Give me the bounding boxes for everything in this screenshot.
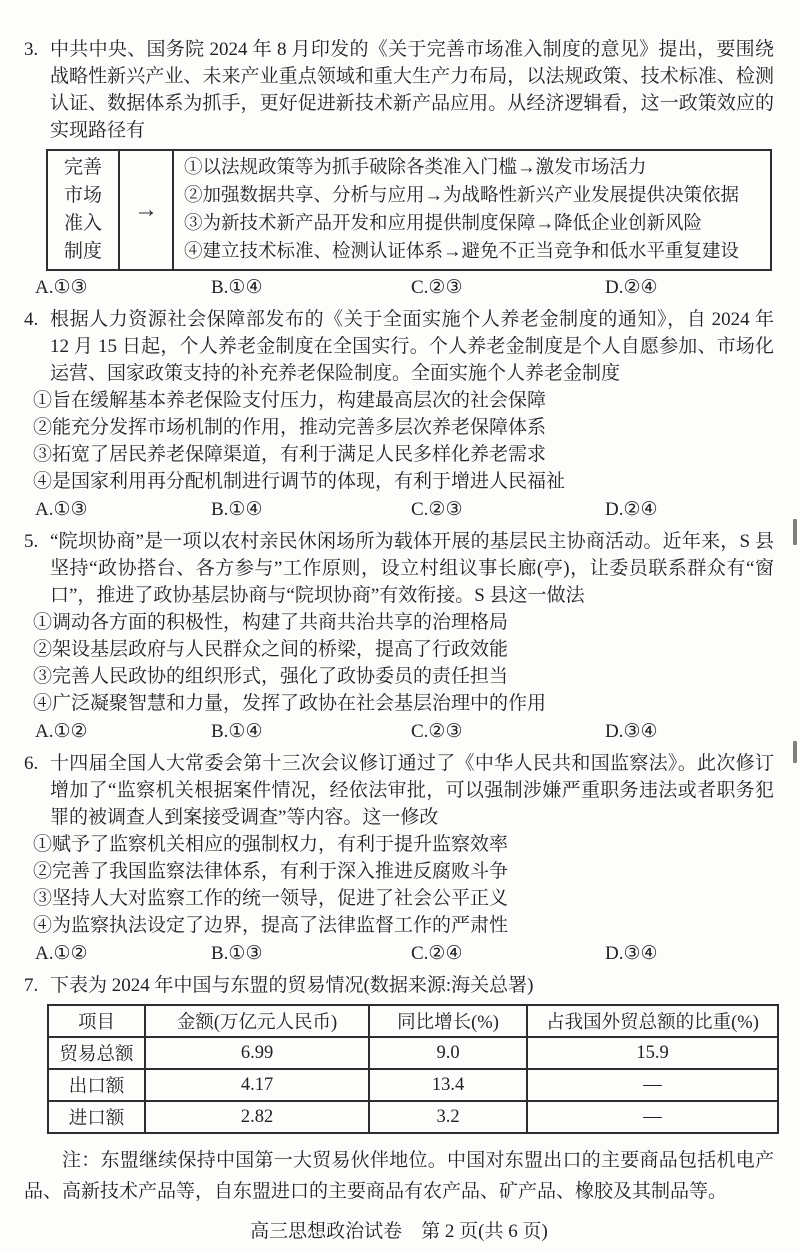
option-a: A.①③ [35, 274, 211, 301]
statement-1: ①调动各方面的积极性，构建了共商共治共享的治理格局 [33, 609, 774, 636]
page-footer: 高三思想政治试卷 第 2 页(共 6 页) [24, 1218, 774, 1245]
question-5-stem-row: 5. “院坝协商”是一项以农村亲民休闲场所为载体开展的基层民主协商活动。近年来，… [24, 528, 774, 609]
question-6-options: A.①② B.①③ C.②④ D.③④ [35, 940, 774, 967]
cell-amount: 6.99 [145, 1037, 369, 1069]
question-4: 4. 根据人力资源社会保障部发布的《关于全面实施个人养老金制度的通知》，自 20… [24, 306, 774, 523]
statement-4: ④是国家利用再分配机制进行调节的体现，有利于增进人民福祉 [33, 468, 774, 495]
question-5-number: 5. [24, 528, 50, 555]
question-5-statements: ①调动各方面的积极性，构建了共商共治共享的治理格局 ②架设基层政府与人民群众之间… [33, 609, 774, 717]
statement-3: ③坚持人大对监察工作的统一领导，促进了社会公平正义 [33, 885, 774, 912]
question-3: 3. 中共中央、国务院 2024 年 8 月印发的《关于完善市场准入制度的意见》… [24, 36, 774, 301]
diagram-path-2: ②加强数据共享、分析与应用→为战略性新兴产业发展提供决策依据 [184, 182, 766, 210]
scan-artifact [793, 519, 797, 545]
table-note: 注：东盟继续保持中国第一大贸易伙伴地位。中国对东盟出口的主要商品包括机电产品、高… [24, 1145, 774, 1207]
question-7-stem: 下表为 2024 年中国与东盟的贸易情况(数据来源:海关总署) [50, 972, 774, 999]
option-d: D.③④ [605, 940, 774, 967]
diagram-path-4: ④建立技术标准、检测认证体系→避免不正当竞争和低水平重复建设 [184, 238, 766, 266]
question-6-statements: ①赋予了监察机关相应的强制权力，有利于提升监察效率 ②完善了我国监察法律体系，有… [33, 831, 774, 939]
right-arrow-icon: → [119, 150, 173, 270]
policy-path-diagram: 完善 市场 准入 制度 → ①以法规政策等为抓手破除各类准入门槛→激发市场活力 … [46, 149, 772, 271]
scan-artifact [793, 741, 797, 763]
cell-amount: 4.17 [145, 1069, 369, 1101]
statement-1: ①赋予了监察机关相应的强制权力，有利于提升监察效率 [33, 831, 774, 858]
statement-4: ④为监察执法设定了边界，提高了法律监督工作的严肃性 [33, 912, 774, 939]
cell-share: 15.9 [527, 1037, 778, 1069]
table-row: 出口额 4.17 13.4 — [48, 1069, 778, 1101]
cell-item: 进口额 [48, 1101, 145, 1133]
statement-4: ④广泛凝聚智慧和力量，发挥了政协在社会基层治理中的作用 [33, 690, 774, 717]
trade-data-table: 项目 金额(万亿元人民币) 同比增长(%) 占我国外贸总额的比重(%) 贸易总额… [47, 1004, 779, 1134]
cell-amount: 2.82 [145, 1101, 369, 1133]
question-3-stem-row: 3. 中共中央、国务院 2024 年 8 月印发的《关于完善市场准入制度的意见》… [24, 36, 774, 144]
cell-growth: 9.0 [369, 1037, 527, 1069]
question-4-stem: 根据人力资源社会保障部发布的《关于全面实施个人养老金制度的通知》，自 2024 … [50, 306, 774, 387]
option-c: C.②③ [411, 496, 605, 523]
statement-2: ②架设基层政府与人民群众之间的桥梁，提高了行政效能 [33, 636, 774, 663]
question-6-stem-row: 6. 十四届全国人大常委会第十三次会议修订通过了《中华人民共和国监察法》。此次修… [24, 750, 774, 831]
question-7-number: 7. [24, 972, 50, 999]
question-6-number: 6. [24, 750, 50, 777]
question-6: 6. 十四届全国人大常委会第十三次会议修订通过了《中华人民共和国监察法》。此次修… [24, 750, 774, 967]
option-c: C.②③ [411, 274, 605, 301]
question-5-stem: “院坝协商”是一项以农村亲民休闲场所为载体开展的基层民主协商活动。近年来，S 县… [50, 528, 774, 609]
diagram-subject-cell: 完善 市场 准入 制度 [47, 150, 119, 270]
option-b: B.①④ [211, 496, 411, 523]
option-b: B.①④ [211, 718, 411, 745]
option-c: C.②④ [411, 940, 605, 967]
diagram-path-3: ③为新技术新产品开发和应用提供制度保障→降低企业创新风险 [184, 210, 766, 238]
question-3-stem: 中共中央、国务院 2024 年 8 月印发的《关于完善市场准入制度的意见》提出，… [50, 36, 774, 144]
option-d: D.②④ [605, 274, 774, 301]
option-b: B.①④ [211, 274, 411, 301]
cell-share: — [527, 1101, 778, 1133]
statement-3: ③拓宽了居民养老保障渠道，有利于满足人民多样化养老需求 [33, 441, 774, 468]
statement-1: ①旨在缓解基本养老保险支付压力，构建最高层次的社会保障 [33, 387, 774, 414]
question-4-statements: ①旨在缓解基本养老保险支付压力，构建最高层次的社会保障 ②能充分发挥市场机制的作… [33, 387, 774, 495]
question-4-number: 4. [24, 306, 50, 333]
question-6-stem: 十四届全国人大常委会第十三次会议修订通过了《中华人民共和国监察法》。此次修订增加… [50, 750, 774, 831]
exam-page: 3. 中共中央、国务院 2024 年 8 月印发的《关于完善市场准入制度的意见》… [0, 0, 800, 1245]
option-a: A.①② [35, 718, 211, 745]
question-7: 7. 下表为 2024 年中国与东盟的贸易情况(数据来源:海关总署) 项目 金额… [24, 972, 774, 1207]
question-3-number: 3. [24, 36, 50, 63]
diagram-paths-cell: ①以法规政策等为抓手破除各类准入门槛→激发市场活力 ②加强数据共享、分析与应用→… [173, 150, 771, 270]
table-row: 进口额 2.82 3.2 — [48, 1101, 778, 1133]
question-7-stem-row: 7. 下表为 2024 年中国与东盟的贸易情况(数据来源:海关总署) [24, 972, 774, 999]
question-4-stem-row: 4. 根据人力资源社会保障部发布的《关于全面实施个人养老金制度的通知》，自 20… [24, 306, 774, 387]
statement-2: ②能充分发挥市场机制的作用，推动完善多层次养老保障体系 [33, 414, 774, 441]
option-d: D.②④ [605, 496, 774, 523]
statement-2: ②完善了我国监察法律体系，有利于深入推进反腐败斗争 [33, 858, 774, 885]
cell-growth: 13.4 [369, 1069, 527, 1101]
option-c: C.②③ [411, 718, 605, 745]
table-row: 贸易总额 6.99 9.0 15.9 [48, 1037, 778, 1069]
diagram-path-1: ①以法规政策等为抓手破除各类准入门槛→激发市场活力 [184, 154, 766, 182]
statement-3: ③完善人民政协的组织形式，强化了政协委员的责任担当 [33, 663, 774, 690]
header-growth: 同比增长(%) [369, 1005, 527, 1037]
cell-item: 贸易总额 [48, 1037, 145, 1069]
diagram-row: 完善 市场 准入 制度 → ①以法规政策等为抓手破除各类准入门槛→激发市场活力 … [47, 150, 771, 270]
question-3-options: A.①③ B.①④ C.②③ D.②④ [35, 274, 774, 301]
option-b: B.①③ [211, 940, 411, 967]
table-header-row: 项目 金额(万亿元人民币) 同比增长(%) 占我国外贸总额的比重(%) [48, 1005, 778, 1037]
header-share: 占我国外贸总额的比重(%) [527, 1005, 778, 1037]
header-amount: 金额(万亿元人民币) [145, 1005, 369, 1037]
header-item: 项目 [48, 1005, 145, 1037]
cell-share: — [527, 1069, 778, 1101]
question-5: 5. “院坝协商”是一项以农村亲民休闲场所为载体开展的基层民主协商活动。近年来，… [24, 528, 774, 745]
cell-growth: 3.2 [369, 1101, 527, 1133]
option-a: A.①② [35, 940, 211, 967]
option-d: D.③④ [605, 718, 774, 745]
cell-item: 出口额 [48, 1069, 145, 1101]
option-a: A.①③ [35, 496, 211, 523]
question-5-options: A.①② B.①④ C.②③ D.③④ [35, 718, 774, 745]
question-4-options: A.①③ B.①④ C.②③ D.②④ [35, 496, 774, 523]
